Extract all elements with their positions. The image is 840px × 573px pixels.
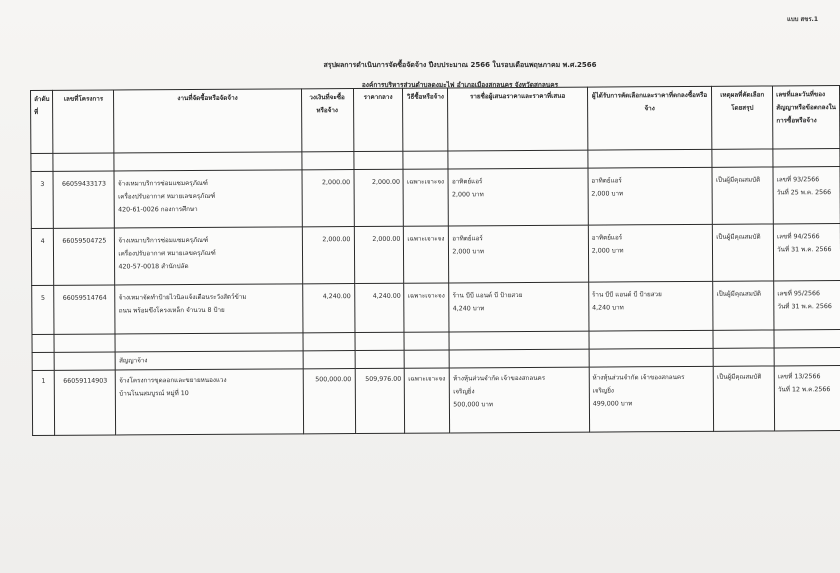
row-bidders: อาทิตย์แอร์2,000 บาท [448, 168, 588, 226]
row-reason: เป็นผู้มีคุณสมบัติ [713, 224, 774, 281]
table-row: 466059504725จ้างเหมาบริการซ่อมแซมครุภัณฑ… [31, 224, 840, 286]
row-contract: เลขที่ 93/2566วันที่ 25 พ.ค. 2566 [773, 167, 840, 224]
row-budget: 500,000.00 [303, 369, 355, 434]
row-winner-line: เจริญยิ่ง [593, 384, 711, 398]
row-winner: ร้าน บีบี แอนด์ บี ป้ายสวย4,240 บาท [588, 281, 713, 331]
procurement-table: ลำดับที่ เลขที่โครงการ งานที่จัดซื้อหรือ… [30, 85, 840, 436]
col-header-winner: ผู้ได้รับการคัดเลือกและราคาที่ตกลงซื้อหร… [587, 86, 712, 150]
row-work-line: จ้างเหมาบริการซ่อมแซมครุภัณฑ์ [118, 233, 298, 247]
form-code: แบบ สขร.1 [787, 14, 818, 24]
empty-cell [588, 149, 713, 168]
row-contract-line: เลขที่ 93/2566 [777, 173, 837, 186]
empty-cell [303, 351, 355, 369]
row-contract-line: วันที่ 12 พ.ค.2566 [778, 383, 838, 396]
col-header-contract: เลขที่และวันที่ของสัญญาหรือข้อตกลงในการซ… [773, 86, 840, 149]
empty-cell [774, 348, 840, 366]
table-row: 166059114903จ้างโครงการขุดลอกและขยายหนอง… [32, 366, 840, 436]
empty-cell [712, 149, 773, 167]
row-work: จ้างเหมาบริการซ่อมแซมครุภัณฑ์เครื่องปรับ… [115, 227, 303, 285]
row-budget: 4,240.00 [302, 284, 354, 333]
row-contract: เลขที่ 13/2566วันที่ 12 พ.ค.2566 [774, 366, 840, 431]
row-bidders-line: ห้างหุ้นส่วนจำกัด เจ้าของสกลนคร [453, 372, 585, 386]
row-bidders-line: 2,000 บาท [452, 188, 584, 202]
empty-cell [54, 334, 115, 352]
empty-cell [31, 153, 54, 171]
row-contract-line: เลขที่ 95/2566 [777, 287, 837, 300]
row-work-line: จ้างเหมาจัดทำป้ายไวนิลแจ้งเตือนระวังสัตว… [119, 290, 299, 304]
row-bidders: ร้าน บีบี แอนด์ บี ป้ายสวย4,240 บาท [449, 282, 589, 332]
empty-cell [405, 350, 450, 368]
row-method: เฉพาะเจาะจง [404, 283, 449, 332]
row-winner-line: อาทิตย์แอร์ [592, 231, 710, 245]
row-method: เฉพาะเจาะจง [403, 169, 448, 226]
empty-cell [589, 348, 714, 367]
row-winner-line: 2,000 บาท [592, 244, 710, 258]
empty-cell [355, 350, 405, 368]
row-work-line: ถนน พร้อมขึงโครงเหล็ก จำนวน 8 ป้าย [119, 303, 299, 317]
empty-cell [773, 149, 840, 167]
col-header-bidders: รายชื่อผู้เสนอราคาและราคาที่เสนอ [448, 87, 588, 151]
col-header-method: วิธีซื้อหรือจ้าง [403, 88, 448, 151]
row-method: เฉพาะเจาะจง [405, 368, 450, 433]
row-project-id: 66059114903 [55, 370, 116, 435]
row-no: 3 [31, 171, 54, 228]
empty-cell [32, 352, 55, 370]
row-bidders-line: 2,000 บาท [452, 245, 584, 259]
empty-cell [404, 332, 449, 350]
row-bidders-line: 4,240 บาท [453, 302, 585, 316]
row-work: จ้างเหมาบริการซ่อมแซมครุภัณฑ์เครื่องปรับ… [114, 170, 302, 228]
row-bidders-line: อาทิตย์แอร์ [452, 175, 584, 189]
row-bidders: ห้างหุ้นส่วนจำกัด เจ้าของสกลนครเจริญยิ่ง… [450, 367, 590, 433]
row-work-line: เครื่องปรับอากาศ หมายเลขครุภัณฑ์ [118, 189, 298, 203]
row-winner-line: 2,000 บาท [591, 187, 709, 201]
empty-cell [713, 330, 774, 348]
row-bidders-line: เจริญยิ่ง [453, 385, 585, 399]
row-contract-line: วันที่ 31 พ.ค. 2566 [777, 300, 837, 313]
document-title: สรุปผลการดำเนินการจัดซื้อจัดจ้าง ปีงบประ… [40, 60, 840, 71]
table-header-row: ลำดับที่ เลขที่โครงการ งานที่จัดซื้อหรือ… [31, 86, 840, 154]
row-work-line: จ้างโครงการขุดลอกและขยายหนองแวง [119, 373, 299, 387]
row-contract-line: วันที่ 25 พ.ค. 2566 [777, 186, 837, 199]
table-row: 366059433173จ้างเหมาบริการซ่อมแซมครุภัณฑ… [31, 167, 840, 229]
row-budget: 2,000.00 [302, 170, 354, 227]
row-no: 4 [31, 228, 54, 285]
row-no: 1 [32, 370, 55, 435]
empty-cell [449, 349, 589, 368]
row-work-line: บ้านโนนสมบูรณ์ หมู่ที่ 10 [119, 386, 299, 400]
empty-cell [449, 331, 589, 350]
row-work-line: เครื่องปรับอากาศ หมายเลขครุภัณฑ์ [118, 246, 298, 260]
row-median-price: 2,000.00 [354, 169, 404, 226]
empty-cell [55, 352, 116, 370]
table-row: 566059514764จ้างเหมาจัดทำป้ายไวนิลแจ้งเต… [32, 281, 840, 335]
section-label: สัญญาจ้าง [116, 351, 303, 370]
row-reason: เป็นผู้มีคุณสมบัติ [713, 366, 774, 431]
empty-cell [355, 332, 405, 350]
row-reason: เป็นผู้มีคุณสมบัติ [712, 167, 773, 224]
row-reason: เป็นผู้มีคุณสมบัติ [713, 281, 774, 330]
row-bidders-line: อาทิตย์แอร์ [452, 232, 584, 246]
row-contract-line: เลขที่ 13/2566 [778, 370, 838, 383]
empty-cell [303, 333, 355, 351]
row-work-line: 420-57-0018 สำนักปลัด [118, 259, 298, 273]
empty-cell [713, 348, 774, 366]
row-work-line: จ้างเหมาบริการซ่อมแซมครุภัณฑ์ [118, 176, 298, 190]
row-bidders: อาทิตย์แอร์2,000 บาท [449, 225, 589, 283]
row-winner-line: 4,240 บาท [592, 301, 710, 315]
row-median-price: 4,240.00 [354, 283, 404, 332]
empty-cell [115, 333, 302, 352]
col-header-no: ลำดับที่ [31, 90, 54, 153]
col-header-project-id: เลขที่โครงการ [53, 90, 114, 153]
col-header-work: งานที่จัดซื้อหรือจัดจ้าง [114, 89, 302, 153]
empty-cell [448, 150, 588, 169]
empty-cell [53, 153, 114, 171]
row-contract: เลขที่ 94/2566วันที่ 31 พ.ค. 2566 [773, 224, 840, 281]
empty-cell [353, 151, 403, 169]
row-winner: ห้างหุ้นส่วนจำกัด เจ้าของสกลนครเจริญยิ่ง… [589, 366, 714, 432]
empty-cell [774, 330, 840, 348]
row-winner: อาทิตย์แอร์2,000 บาท [588, 167, 713, 225]
row-winner-line: ห้างหุ้นส่วนจำกัด เจ้าของสกลนคร [592, 371, 710, 385]
empty-cell [403, 151, 448, 169]
row-no: 5 [32, 285, 55, 334]
row-winner: อาทิตย์แอร์2,000 บาท [588, 224, 713, 282]
row-contract-line: เลขที่ 94/2566 [777, 230, 837, 243]
row-bidders-line: 500,000 บาท [453, 398, 585, 412]
empty-cell [589, 330, 714, 349]
col-header-budget: วงเงินที่จะซื้อหรือจ้าง [301, 89, 353, 152]
empty-cell [32, 334, 55, 352]
row-budget: 2,000.00 [302, 227, 354, 284]
row-median-price: 509,976.00 [355, 368, 405, 433]
empty-cell [301, 152, 353, 170]
row-contract-line: วันที่ 31 พ.ค. 2566 [777, 243, 837, 256]
document-page: แบบ สขร.1 สรุปผลการดำเนินการจัดซื้อจัดจ้… [0, 0, 840, 573]
row-winner-line: อาทิตย์แอร์ [591, 174, 709, 188]
row-method: เฉพาะเจาะจง [404, 226, 449, 283]
row-contract: เลขที่ 95/2566วันที่ 31 พ.ค. 2566 [774, 281, 840, 330]
row-work: จ้างโครงการขุดลอกและขยายหนองแวงบ้านโนนสม… [116, 369, 304, 435]
empty-cell [114, 152, 301, 171]
col-header-reason: เหตุผลที่คัดเลือกโดยสรุป [712, 86, 773, 149]
row-project-id: 66059504725 [54, 228, 115, 285]
row-bidders-line: ร้าน บีบี แอนด์ บี ป้ายสวย [453, 289, 585, 303]
row-project-id: 66059433173 [53, 171, 114, 228]
col-header-median-price: ราคากลาง [353, 88, 403, 151]
row-winner-line: 499,000 บาท [593, 397, 711, 411]
row-project-id: 66059514764 [54, 285, 115, 334]
row-winner-line: ร้าน บีบี แอนด์ บี ป้ายสวย [592, 288, 710, 302]
row-work-line: 420-61-0026 กองการศึกษา [118, 202, 298, 216]
row-median-price: 2,000.00 [354, 226, 404, 283]
row-work: จ้างเหมาจัดทำป้ายไวนิลแจ้งเตือนระวังสัตว… [115, 284, 302, 334]
